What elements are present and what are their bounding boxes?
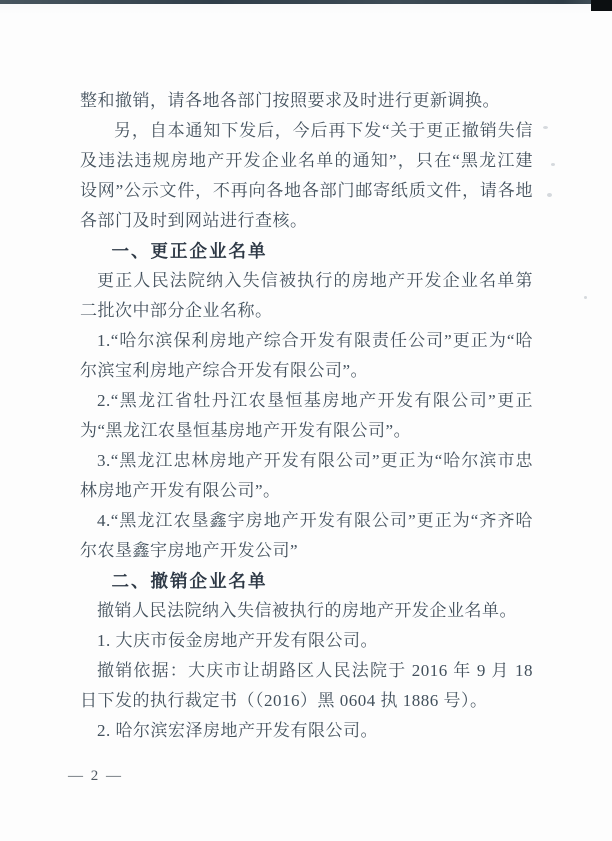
scan-speck [543, 126, 548, 129]
paragraph-correction-intro: 更正人民法院纳入失信被执行的房地产开发企业名单第二批次中部分企业名称。 [80, 266, 533, 326]
scan-speck [547, 193, 552, 197]
paragraph-continuation: 整和撤销，请各地各部门按照要求及时进行更新调换。 [80, 86, 533, 116]
paragraph-notice-distribution: 另，自本通知下发后，今后再下发“关于更正撤销失信及违法违规房地产开发企业名单的通… [80, 116, 533, 236]
scan-corner-artifact [591, 0, 612, 11]
list-item-correction-3: 3.“黑龙江忠林房地产开发有限公司”更正为“哈尔滨市忠林房地产开发有限公司”。 [80, 446, 533, 506]
paragraph-revocation-intro: 撤销人民法院纳入失信被执行的房地产开发企业名单。 [80, 596, 533, 626]
list-item-correction-2: 2.“黑龙江省牡丹江农垦恒基房地产开发有限公司”更正为“黑龙江农垦恒基房地产开发… [80, 386, 533, 446]
scan-speck [551, 163, 555, 166]
section-heading-correction-list: 一、更正企业名单 [80, 236, 533, 266]
list-item-correction-1: 1.“哈尔滨保利房地产综合开发有限责任公司”更正为“哈尔滨宝利房地产综合开发有限… [80, 326, 533, 386]
scan-speck [584, 296, 587, 299]
list-item-revocation-2: 2. 哈尔滨宏泽房地产开发有限公司。 [80, 716, 533, 746]
list-item-revocation-1: 1. 大庆市佞金房地产开发有限公司。 [80, 626, 533, 656]
list-item-correction-4: 4.“黑龙江农垦鑫宇房地产开发有限公司”更正为“齐齐哈尔农垦鑫宇房地产开发公司” [80, 506, 533, 566]
scan-edge-artifact [0, 0, 612, 4]
section-heading-revocation-list: 二、撤销企业名单 [80, 566, 533, 596]
page-number: — 2 — [68, 766, 123, 786]
scanned-document-page: 整和撤销，请各地各部门按照要求及时进行更新调换。 另，自本通知下发后，今后再下发… [0, 0, 612, 841]
document-body: 整和撤销，请各地各部门按照要求及时进行更新调换。 另，自本通知下发后，今后再下发… [80, 86, 533, 746]
paragraph-revocation-basis: 撤销依据：大庆市让胡路区人民法院于 2016 年 9 月 18 日下发的执行裁定… [80, 656, 533, 716]
